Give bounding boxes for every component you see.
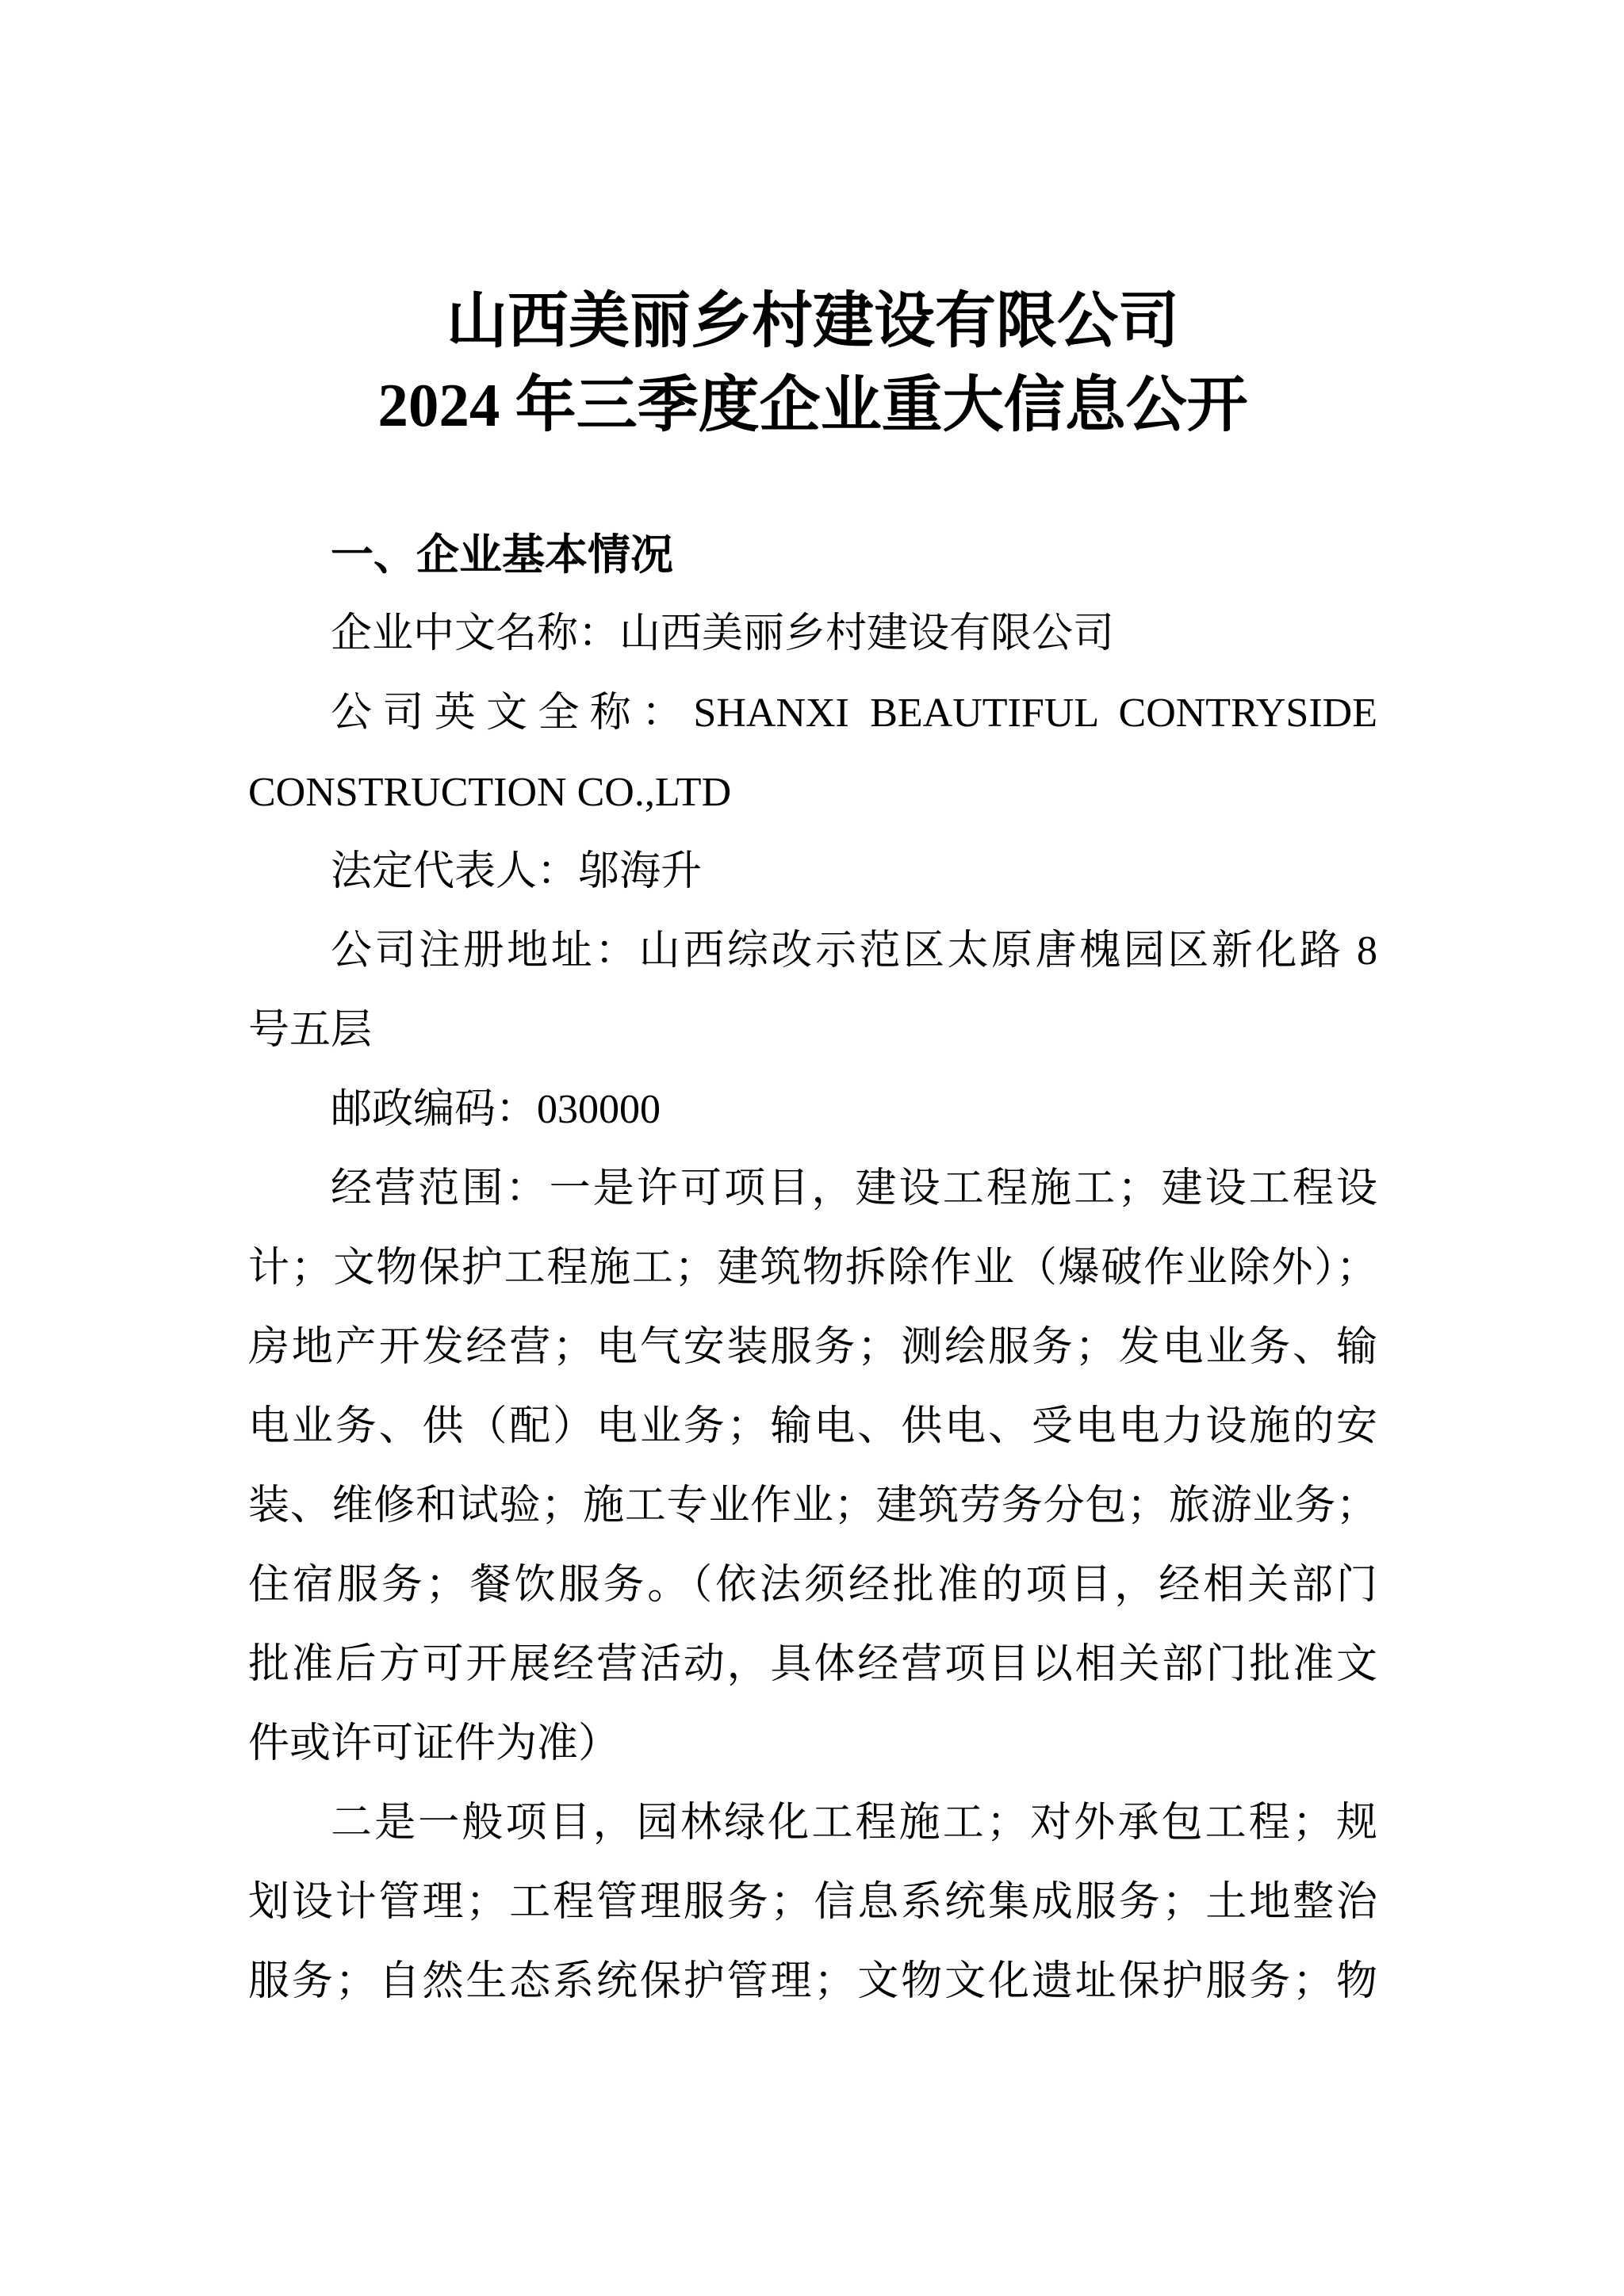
- body-line: 划设计管理；工程管理服务；信息系统集成服务；土地整治: [248, 1863, 1377, 1942]
- title-line-1: 山西美丽乡村建设有限公司: [248, 279, 1377, 363]
- body-line: 房地产开发经营；电气安装服务；测绘服务；发电业务、输: [248, 1308, 1377, 1387]
- body-line: 法定代表人：邬海升: [248, 832, 1377, 912]
- body-line: 企业中文名称：山西美丽乡村建设有限公司: [248, 595, 1377, 674]
- body-line: 二是一般项目，园林绿化工程施工；对外承包工程；规: [248, 1784, 1377, 1863]
- body-line: 批准后方可开展经营活动，具体经营项目以相关部门批准文: [248, 1625, 1377, 1705]
- body-line: 经营范围：一是许可项目，建设工程施工；建设工程设: [248, 1150, 1377, 1229]
- document-body: 企业中文名称：山西美丽乡村建设有限公司公司英文全称：SHANXI BEAUTIF…: [248, 595, 1377, 2022]
- body-line: 件或许可证件为准）: [248, 1705, 1377, 1784]
- document-title: 山西美丽乡村建设有限公司 2024 年三季度企业重大信息公开: [248, 0, 1377, 447]
- title-line-2: 2024 年三季度企业重大信息公开: [248, 363, 1377, 447]
- body-line: 公司英文全称：SHANXI BEAUTIFUL CONTRYSIDE: [248, 674, 1377, 753]
- document-content: 山西美丽乡村建设有限公司 2024 年三季度企业重大信息公开 一、企业基本情况 …: [248, 0, 1377, 2022]
- section-heading: 一、企业基本情况: [248, 515, 1377, 595]
- body-line: 公司注册地址：山西综改示范区太原唐槐园区新化路 8: [248, 912, 1377, 991]
- body-line: CONSTRUCTION CO.,LTD: [248, 753, 1377, 832]
- body-line: 计；文物保护工程施工；建筑物拆除作业（爆破作业除外）；: [248, 1229, 1377, 1308]
- body-line: 电业务、供（配）电业务；输电、供电、受电电力设施的安: [248, 1387, 1377, 1467]
- body-line: 号五层: [248, 991, 1377, 1070]
- body-line: 邮政编码：030000: [248, 1070, 1377, 1150]
- body-line: 住宿服务；餐饮服务。（依法须经批准的项目，经相关部门: [248, 1546, 1377, 1625]
- body-line: 装、维修和试验；施工专业作业；建筑劳务分包；旅游业务；: [248, 1467, 1377, 1546]
- body-line: 服务；自然生态系统保护管理；文物文化遗址保护服务；物: [248, 1942, 1377, 2022]
- document-page: 山西美丽乡村建设有限公司 2024 年三季度企业重大信息公开 一、企业基本情况 …: [0, 0, 1624, 2296]
